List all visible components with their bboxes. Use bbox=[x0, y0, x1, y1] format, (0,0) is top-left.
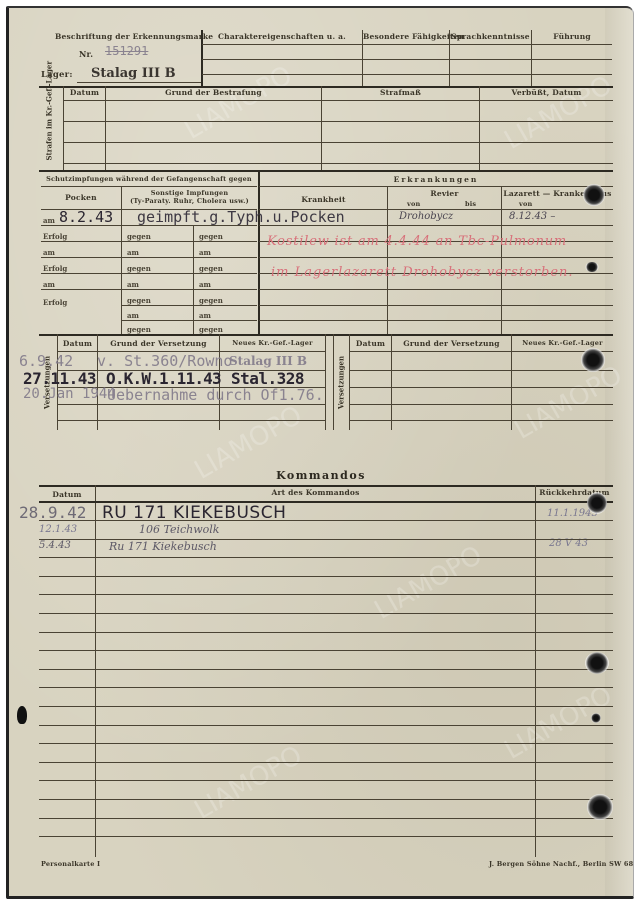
divider bbox=[95, 485, 96, 857]
rule bbox=[39, 687, 613, 688]
sub-label: am bbox=[127, 248, 139, 257]
col-served: Verbüßt, Datum bbox=[480, 88, 613, 97]
rule bbox=[350, 387, 613, 388]
divider bbox=[321, 86, 322, 170]
hole bbox=[585, 652, 609, 674]
col-date: Datum bbox=[64, 88, 105, 97]
col-reason-right: Grund der Versetzung bbox=[392, 339, 511, 348]
col-revier: Revier bbox=[388, 189, 501, 198]
rule bbox=[202, 59, 612, 60]
penalties-side-label: Strafen im Kr.-Gef.-Lager bbox=[45, 81, 54, 161]
col-reason: Grund der Bestrafung bbox=[106, 88, 321, 97]
col-date-right: Datum bbox=[350, 339, 391, 348]
sub-label: gegen bbox=[127, 325, 151, 334]
rule bbox=[39, 170, 613, 172]
rule bbox=[39, 613, 613, 614]
transfer-date-1: 6.9.42 bbox=[19, 352, 73, 370]
col-other: Sonstige Impfungen bbox=[122, 189, 257, 197]
row-label: am bbox=[43, 216, 55, 225]
sub-label: gegen bbox=[199, 296, 223, 305]
hole bbox=[581, 348, 605, 372]
rule bbox=[350, 351, 613, 352]
sub-label: am bbox=[199, 280, 211, 289]
rule bbox=[259, 186, 613, 187]
rule bbox=[202, 44, 612, 45]
ink-spot bbox=[17, 706, 27, 724]
sub-label: gegen bbox=[199, 264, 223, 273]
divider bbox=[391, 334, 392, 430]
row-label: Erfolg bbox=[43, 232, 67, 241]
nr-value: 151291 bbox=[105, 44, 148, 58]
rule bbox=[259, 289, 613, 290]
col-date: Datum bbox=[39, 490, 95, 499]
rule bbox=[39, 669, 613, 670]
hole bbox=[591, 713, 601, 723]
sub-label: am bbox=[199, 311, 211, 320]
rule bbox=[39, 799, 613, 800]
rule bbox=[350, 404, 613, 405]
col-date: Datum bbox=[58, 339, 97, 348]
rule bbox=[259, 257, 613, 258]
rule bbox=[64, 163, 613, 164]
rule bbox=[350, 420, 613, 421]
kommando-date-2: 12.1.43 bbox=[39, 524, 77, 535]
col-hospital-from: von bbox=[519, 200, 532, 208]
rule bbox=[39, 762, 613, 763]
death-note-line1: Kostilew ist am 4.4.44 an Tbc-Pulmonum bbox=[267, 234, 567, 249]
illness-title: Erkrankungen bbox=[259, 175, 613, 184]
sub-label: gegen bbox=[127, 296, 151, 305]
divider bbox=[333, 334, 334, 430]
rule bbox=[39, 594, 613, 595]
divider bbox=[511, 334, 512, 430]
divider bbox=[325, 334, 326, 430]
rule bbox=[259, 225, 613, 226]
rule bbox=[39, 743, 613, 744]
transfer-camp-1: Stalag III B bbox=[229, 354, 307, 368]
rule bbox=[64, 142, 613, 143]
col-reason: Grund der Versetzung bbox=[98, 339, 219, 348]
col-conduct: Führung bbox=[532, 32, 612, 41]
divider bbox=[97, 334, 98, 430]
sub-label: am bbox=[199, 248, 211, 257]
rule bbox=[39, 576, 613, 577]
transfers-right-label: Versetzungen bbox=[337, 353, 346, 413]
col-kommando-type: Art des Kommandos bbox=[96, 488, 535, 497]
transfer-reason-3: Uebernahme durch Of1.76. bbox=[107, 386, 324, 404]
rule bbox=[41, 225, 257, 226]
rule bbox=[259, 320, 613, 321]
watermark: LIAMOPO bbox=[499, 680, 617, 765]
kommando-type-2: 106 Teichwolk bbox=[139, 523, 219, 536]
col-new-camp-right: Neues Kr.-Gef.-Lager bbox=[512, 339, 613, 347]
rule bbox=[121, 305, 257, 306]
rule bbox=[39, 539, 613, 540]
col-illness: Krankheit bbox=[260, 195, 387, 204]
col-revier-from: von bbox=[407, 200, 420, 208]
rule bbox=[41, 289, 257, 290]
tag-label: Beschriftung der Erkennungsmarke bbox=[55, 32, 213, 41]
sub-label: gegen bbox=[199, 232, 223, 241]
row-label: Erfolg bbox=[43, 264, 67, 273]
col-skills: Besondere Fähigkeiten bbox=[363, 32, 449, 41]
sub-label: gegen bbox=[199, 325, 223, 334]
nr-label: Nr. bbox=[79, 49, 93, 59]
vacc-title: Schutzimpfungen während der Gefangenscha… bbox=[41, 175, 257, 183]
divider bbox=[349, 334, 350, 430]
rule bbox=[39, 485, 613, 487]
rule bbox=[64, 121, 613, 122]
transfer-date-3: 20.Jan 1944 bbox=[23, 386, 116, 402]
row-label: am bbox=[43, 280, 55, 289]
sub-label: gegen bbox=[127, 232, 151, 241]
rule bbox=[64, 100, 613, 101]
col-new-camp: Neues Kr.-Gef.-Lager bbox=[220, 339, 325, 347]
col-sentence: Strafmaß bbox=[322, 88, 479, 97]
hospital-entry: 8.12.43 – bbox=[509, 211, 555, 222]
divider bbox=[105, 86, 106, 170]
rule bbox=[58, 420, 325, 421]
rule bbox=[39, 650, 613, 651]
col-pocken: Pocken bbox=[41, 193, 121, 202]
kommandos-title: Kommandos bbox=[9, 469, 633, 482]
divider bbox=[535, 485, 536, 857]
rule bbox=[41, 186, 257, 187]
col-character: Charaktereigenschaften u. a. bbox=[202, 32, 362, 41]
rule bbox=[41, 257, 257, 258]
hole bbox=[583, 184, 605, 206]
hole bbox=[587, 492, 607, 514]
death-note-line2: im Lagerlazarett Drohobycz verstorben. bbox=[271, 265, 574, 280]
divider bbox=[479, 86, 480, 170]
divider bbox=[63, 86, 64, 170]
row-label: am bbox=[43, 248, 55, 257]
col-revier-to: bis bbox=[465, 200, 476, 208]
rule bbox=[39, 725, 613, 726]
camp-value: Stalag III B bbox=[91, 66, 176, 81]
footer-form-id: Personalkarte I bbox=[41, 860, 100, 868]
rule bbox=[259, 209, 613, 210]
sub-label: am bbox=[127, 280, 139, 289]
rule bbox=[39, 706, 613, 707]
hole bbox=[585, 262, 599, 272]
rule bbox=[350, 370, 613, 371]
rule bbox=[39, 520, 613, 521]
kommando-date-3: 5.4.43 bbox=[39, 540, 71, 551]
rule bbox=[58, 404, 325, 405]
footer-printer: J. Bergen Söhne Nachf., Berlin SW 68 bbox=[489, 860, 633, 868]
kommando-type-3: Ru 171 Kiekebusch bbox=[109, 540, 217, 553]
rule bbox=[39, 780, 613, 781]
sub-label: gegen bbox=[127, 264, 151, 273]
transfer-reason-1: v. St.360/Rowno bbox=[97, 352, 232, 370]
col-other-sub: (Ty-Paraty. Ruhr, Cholera usw.) bbox=[122, 197, 257, 205]
rule bbox=[39, 557, 613, 558]
col-languages: Sprachkenntnisse bbox=[450, 32, 531, 41]
document-card: LIAMOPO LIAMOPO LIAMOPO LIAMOPO LIAMOPO … bbox=[6, 6, 634, 899]
hole bbox=[587, 794, 613, 820]
rule bbox=[259, 305, 613, 306]
sub-label: am bbox=[127, 311, 139, 320]
rule bbox=[39, 632, 613, 633]
rule bbox=[41, 273, 257, 274]
watermark: LIAMOPO bbox=[189, 740, 307, 825]
rule bbox=[202, 74, 612, 75]
revier-entry: Drohobycz bbox=[399, 211, 453, 222]
row-label: Erfolg bbox=[43, 298, 67, 307]
rule bbox=[41, 241, 257, 242]
rule bbox=[39, 836, 613, 837]
vacc-text: geimpft.g.Typh.u.Pocken bbox=[137, 208, 345, 226]
rule bbox=[39, 334, 613, 336]
rule bbox=[39, 818, 613, 819]
camp-underline bbox=[77, 82, 202, 83]
vacc-date: 8.2.43 bbox=[59, 208, 113, 226]
rule bbox=[121, 320, 257, 321]
